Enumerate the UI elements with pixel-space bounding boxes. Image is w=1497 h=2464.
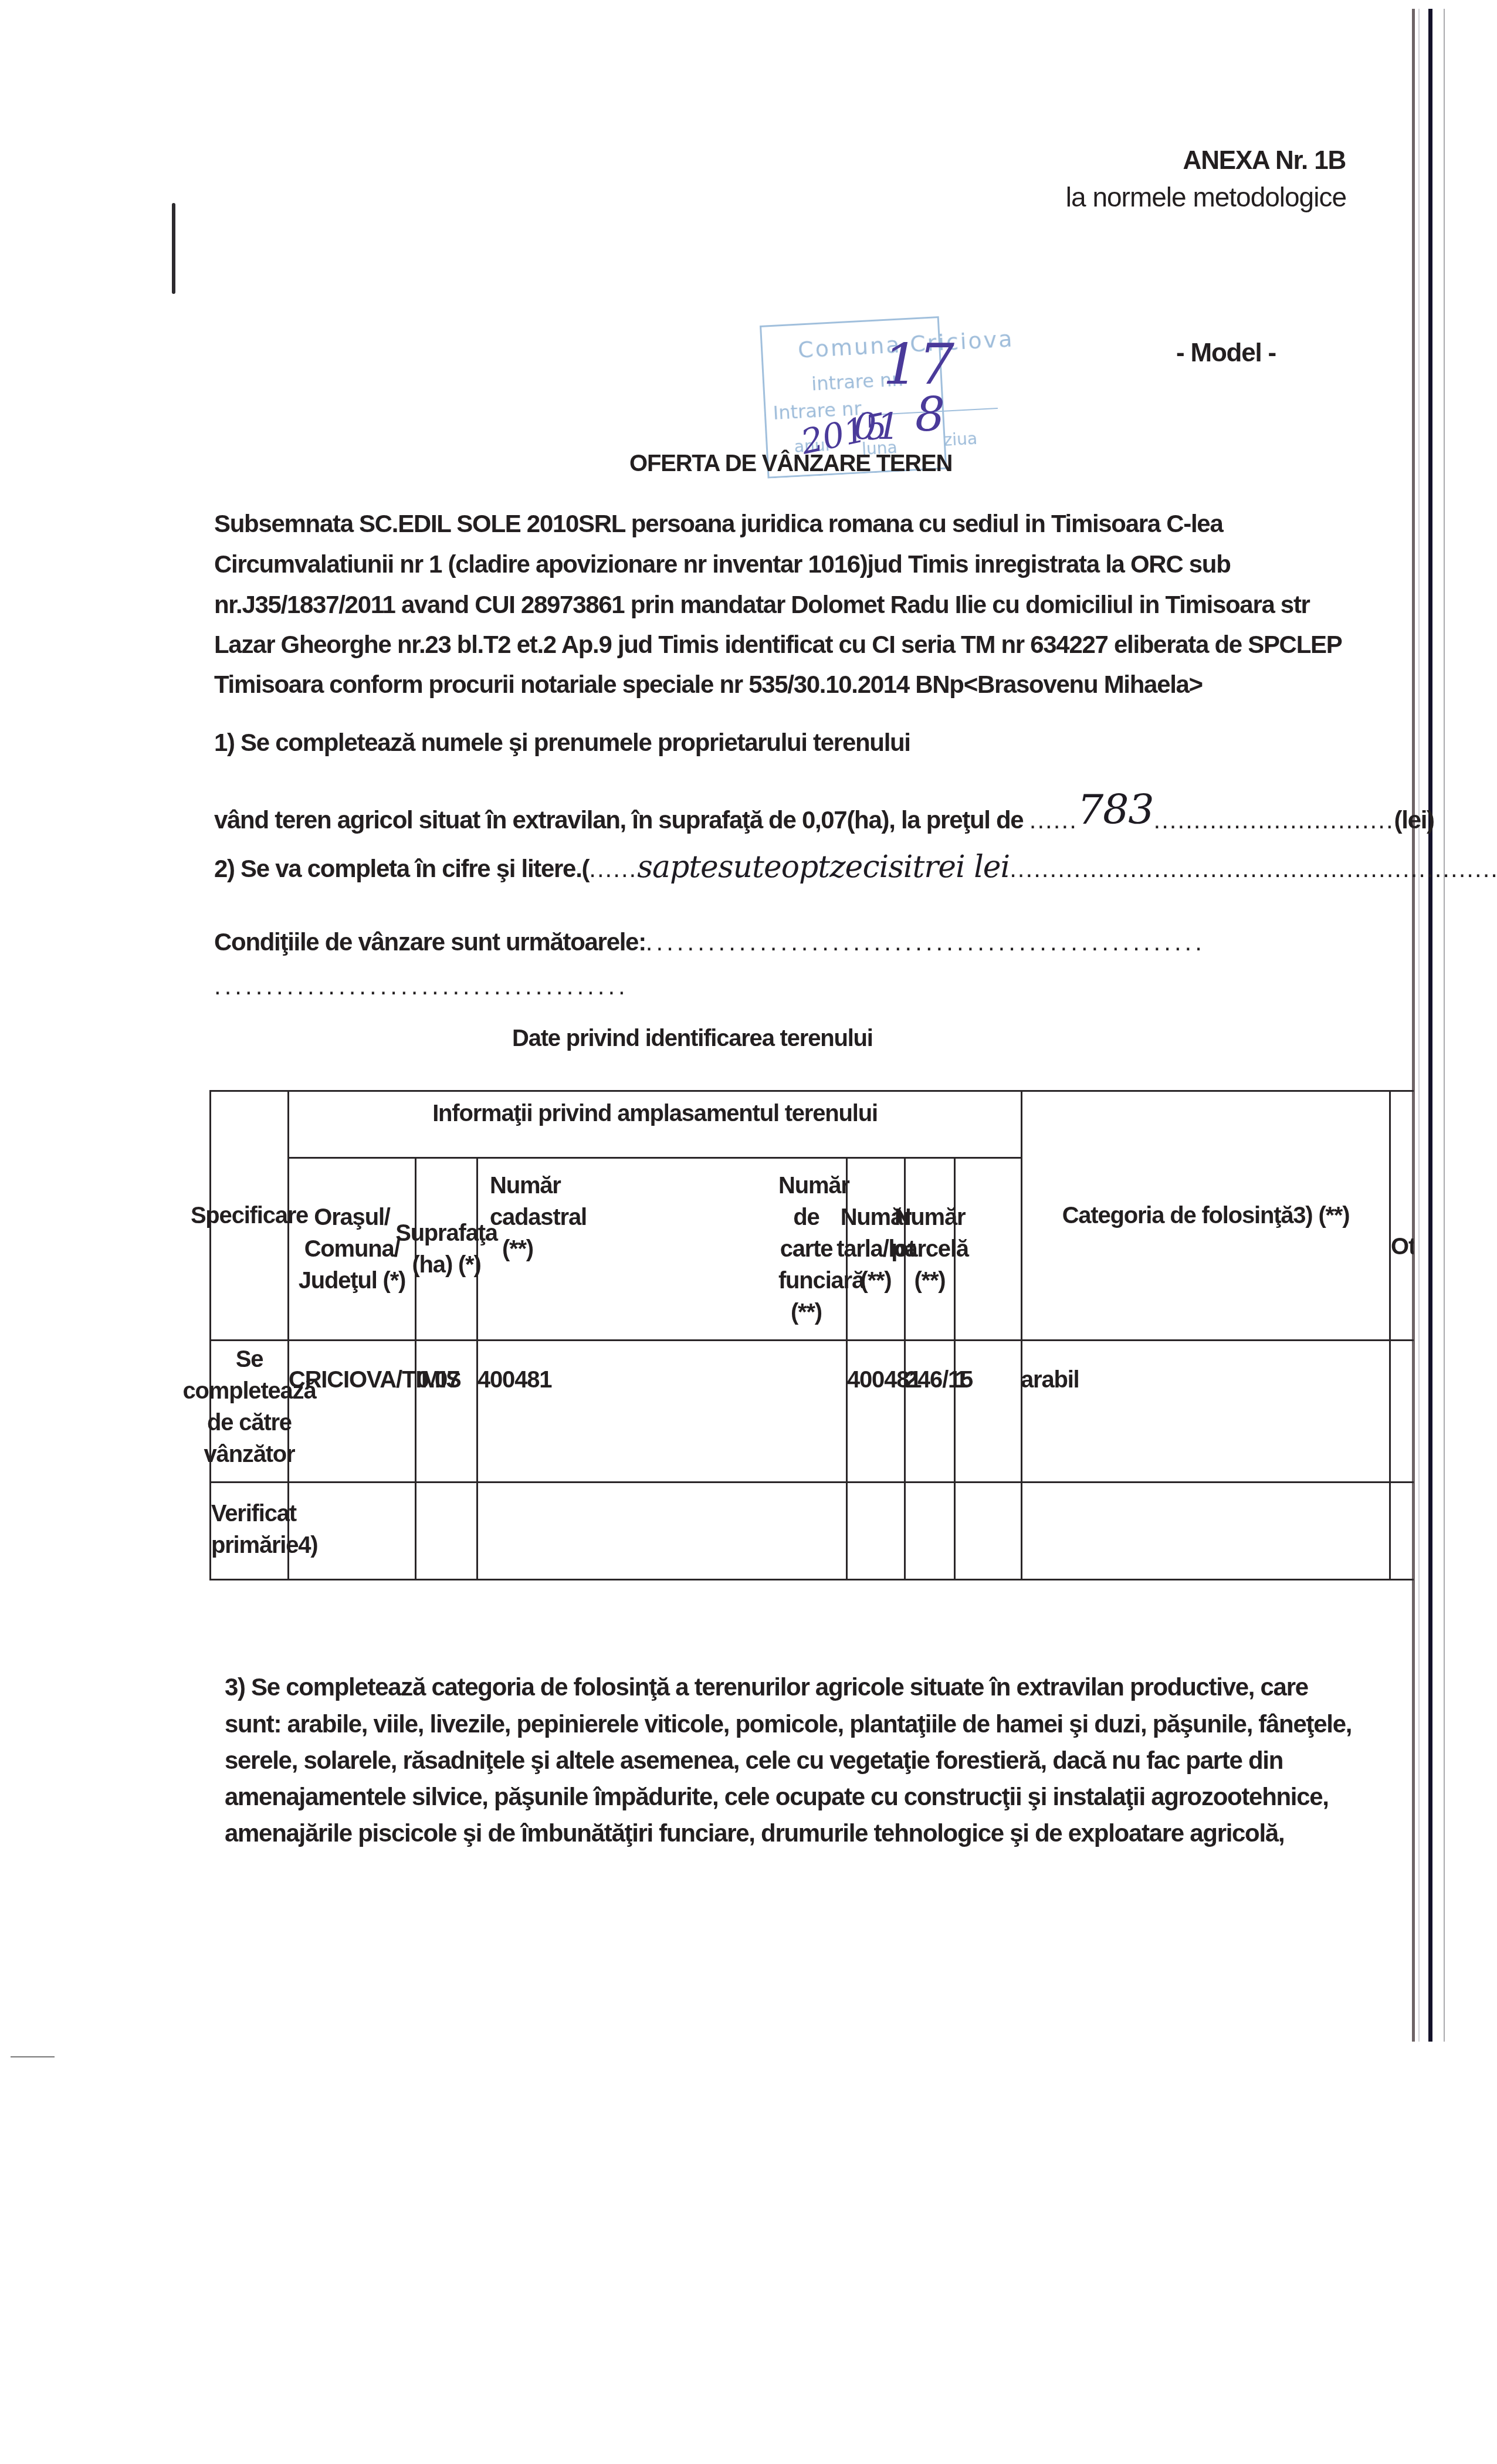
price-words-handwritten[interactable]: saptesuteoptzecisitrei lei bbox=[637, 849, 1010, 885]
price-dots: ...... bbox=[1029, 806, 1078, 834]
footnote-3-line: amenajamentele silvice, păşunile împădur… bbox=[225, 1785, 1329, 1809]
col-header-parcel: Număr parcelă (**) bbox=[906, 1159, 954, 1339]
cell-cadastral-number[interactable]: 400481 bbox=[477, 1367, 551, 1393]
col-header-specificare: Specificare bbox=[211, 1092, 287, 1339]
conditions-label: Condiţiile de vânzare sunt următoarele: bbox=[214, 928, 646, 956]
col-header-cadastral: Număr cadastral (**) Număr de carte func… bbox=[478, 1159, 846, 1339]
row-label-seller: Se completează de către vânzător bbox=[211, 1348, 287, 1465]
footnote-2: 2) Se va completa în cifre şi litere.(..… bbox=[214, 852, 1497, 882]
scan-edge-line bbox=[1428, 9, 1432, 2042]
model-label: - Model - bbox=[1176, 340, 1276, 366]
scan-mark-bottom bbox=[11, 2056, 55, 2057]
table-border bbox=[209, 1481, 1414, 1483]
land-identification-table: Informaţii privind amplasamentul terenul… bbox=[209, 1090, 1414, 1580]
annex-subtitle: la normele metodologice bbox=[1066, 184, 1346, 211]
sale-line: vând teren agricol situat în extravilan,… bbox=[214, 794, 1434, 835]
intro-line: Subsemnata SC.EDIL SOLE 2010SRL persoana… bbox=[214, 512, 1222, 536]
scan-edge-line bbox=[1444, 9, 1445, 2042]
table-title: Date privind identificarea terenului bbox=[512, 1027, 873, 1050]
conditions-line-2: ........................................ bbox=[214, 974, 629, 999]
intro-line: Timisoara conform procurii notariale spe… bbox=[214, 672, 1203, 697]
col-header-other: Ot bbox=[1391, 1231, 1414, 1266]
scan-edge-line bbox=[1418, 9, 1420, 2042]
footnote-3-line: serele, solarele, răsadniţele şi altele … bbox=[225, 1748, 1283, 1773]
cell-category[interactable]: arabil bbox=[1021, 1367, 1079, 1393]
table-border bbox=[209, 1579, 1414, 1580]
words-dots: ........................................… bbox=[1010, 855, 1497, 882]
intro-line: Circumvalatiunii nr 1 (cladire apovizion… bbox=[214, 552, 1231, 577]
intro-line: nr.J35/1837/2011 avand CUI 28973861 prin… bbox=[214, 593, 1310, 617]
footnote-3-line: amenajările piscicole şi de îmbunătăţiri… bbox=[225, 1821, 1284, 1846]
annex-title: ANEXA Nr. 1B bbox=[1183, 148, 1346, 174]
group-header: Informaţii privind amplasamentul terenul… bbox=[289, 1096, 1021, 1131]
table-border bbox=[1389, 1090, 1391, 1580]
stamp-month: 01 bbox=[854, 405, 900, 448]
intro-line: Lazar Gheorghe nr.23 bl.T2 et.2 Ap.9 jud… bbox=[214, 632, 1342, 657]
price-unit: (lei) bbox=[1394, 806, 1434, 834]
row-label-verified: Verificat primărie4) bbox=[211, 1498, 287, 1574]
scan-mark-left bbox=[172, 203, 175, 294]
footnote-3-line: 3) Se completează categoria de folosinţă… bbox=[225, 1675, 1308, 1700]
sale-line-text: vând teren agricol situat în extravilan,… bbox=[214, 806, 1023, 834]
footnote-1: 1) Se completează numele şi prenumele pr… bbox=[214, 730, 910, 755]
stamp-day-label: ziua bbox=[943, 429, 978, 450]
price-handwritten[interactable]: 783 bbox=[1078, 786, 1154, 834]
footnote-2-text: 2) Se va completa în cifre şi litere.( bbox=[214, 855, 589, 882]
col-header-category: Categoria de folosinţă3) (**) bbox=[1022, 1092, 1389, 1339]
words-dots: ...... bbox=[589, 855, 637, 882]
conditions-line: Condiţiile de vânzare sunt următoarele:.… bbox=[214, 930, 1205, 955]
footnote-3-line: sunt: arabile, viile, livezile, pepinier… bbox=[225, 1712, 1352, 1737]
scan-edge-line bbox=[1412, 9, 1415, 2042]
document-title: OFERTA DE VÂNZARE TEREN bbox=[629, 452, 952, 475]
col-header-cadastral-number: Număr cadastral (**) bbox=[490, 1170, 546, 1328]
conditions-dots[interactable]: ........................................… bbox=[646, 928, 1205, 956]
stamp-day: 8 bbox=[915, 387, 945, 442]
col-header-category-text: Categoria de folosinţă3) (**) bbox=[1024, 1200, 1388, 1231]
cell-area[interactable]: 0.07 bbox=[416, 1367, 459, 1393]
col-header-area: Suprafaţa (ha) (*) bbox=[416, 1159, 476, 1339]
price-dots: .............................. bbox=[1154, 806, 1394, 834]
conditions-dots[interactable]: ........................................ bbox=[214, 972, 629, 1000]
table-border bbox=[209, 1339, 1414, 1341]
cell-parcel[interactable]: 1 bbox=[955, 1367, 967, 1393]
col-header-land-book: Număr de carte funciară (**) bbox=[778, 1170, 834, 1328]
